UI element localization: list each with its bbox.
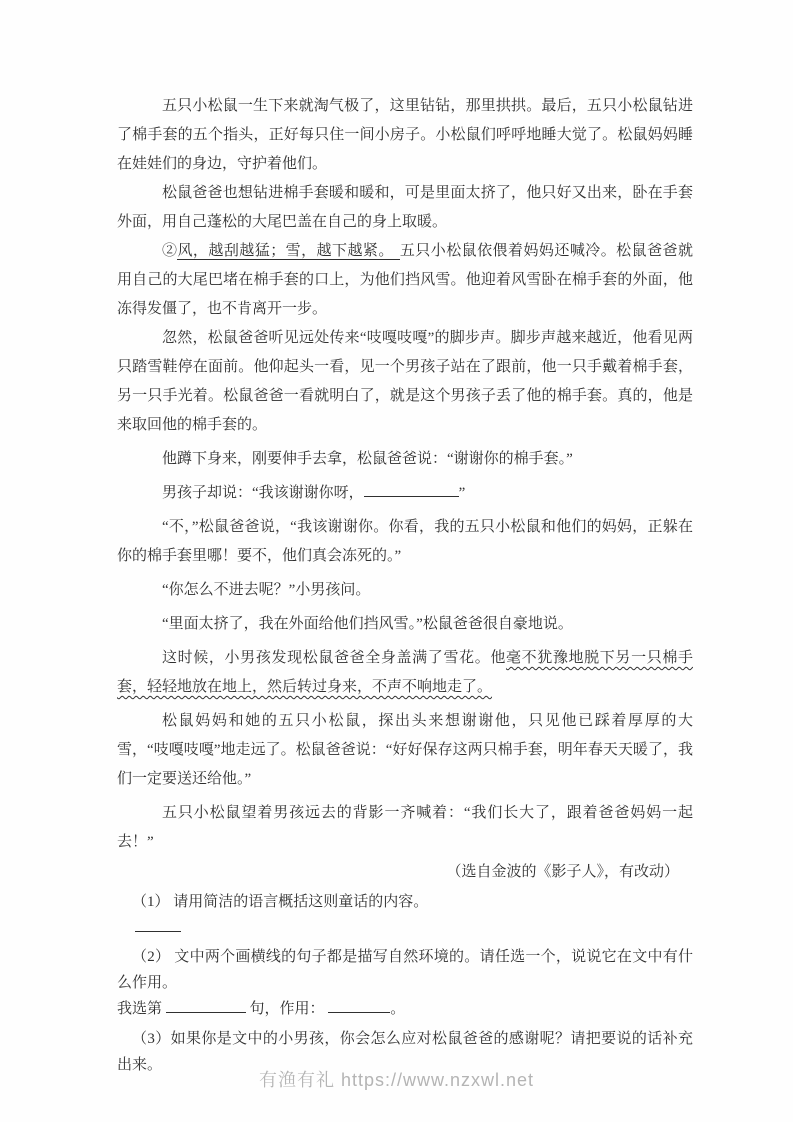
- answer-blank-function: [328, 997, 390, 1013]
- answer-blank-q1: [135, 916, 181, 932]
- questions-block: （1） 请用简洁的语言概括这则童话的内容。 （2） 文中两个画横线的句子都是描写…: [117, 889, 693, 1078]
- story-paragraph-2: 松鼠爸爸也想钻进棉手套暖和暖和，可是里面太挤了，他只好又出来，卧在手套外面，用自…: [117, 179, 693, 237]
- closing-quote: ”: [459, 485, 466, 501]
- question-1: （1） 请用简洁的语言概括这则童话的内容。: [117, 889, 693, 915]
- circled-2-marker: ②: [162, 243, 177, 259]
- answer-mid: 句，作用：: [250, 1001, 325, 1017]
- story-paragraph-10: 这时候，小男孩发现松鼠爸爸全身盖满了雪花。他毫不犹豫地脱下另一只棉手套，轻轻地放…: [117, 644, 693, 702]
- paragraph-text: 男孩子却说：“我该谢谢你呀，: [162, 485, 364, 501]
- story-paragraph-4: 忽然，松鼠爸爸听见远处传来“吱嘎吱嘎”的脚步声。脚步声越来越近，他看见两只踏雪鞋…: [117, 324, 693, 440]
- story-paragraph-8: “你怎么不进去呢？”小男孩问。: [117, 576, 693, 605]
- question-1-answer-line: [117, 915, 693, 941]
- paragraph-text: 这时候，小男孩发现松鼠爸爸全身盖满了雪花。他: [162, 650, 506, 666]
- story-paragraph-9: “里面太挤了，我在外面给他们挡风雪。”松鼠爸爸很自豪地说。: [117, 610, 693, 639]
- answer-suffix: 。: [390, 1001, 405, 1017]
- source-attribution: （选自金波的《影子人》，有改动）: [117, 859, 693, 885]
- story-paragraph-7: “不，”松鼠爸爸说，“我该谢谢你。你看，我的五只小松鼠和他们的妈妈，正躲在你的棉…: [117, 513, 693, 571]
- story-paragraph-12: 五只小松鼠望着男孩远去的背影一齐喊着：“我们长大了，跟着爸爸妈妈一起去！”: [117, 799, 693, 857]
- question-2: （2） 文中两个画横线的句子都是描写自然环境的。请任选一个，说说它在文中有什么作…: [117, 944, 693, 996]
- story-paragraph-3: ②风，越刮越猛；雪，越下越紧。五只小松鼠依偎着妈妈还喊冷。松鼠爸爸就用自己的大尾…: [117, 237, 693, 324]
- story-paragraph-5: 他蹲下身来，刚要伸手去拿，松鼠爸爸说：“谢谢你的棉手套。”: [117, 445, 693, 474]
- story-paragraph-6: 男孩子却说：“我该谢谢你呀，”: [117, 479, 693, 508]
- document-page: 五只小松鼠一生下来就淘气极了，这里钻钻，那里拱拱。最后，五只小松鼠钻进了棉手套的…: [0, 0, 793, 1122]
- site-watermark: 有渔有礼 https://www.nzxwl.net: [0, 1066, 793, 1092]
- story-paragraph-1: 五只小松鼠一生下来就淘气极了，这里钻钻，那里拱拱。最后，五只小松鼠钻进了棉手套的…: [117, 92, 693, 179]
- answer-prefix: 我选第: [117, 1001, 162, 1017]
- story-paragraph-11: 松鼠妈妈和她的五只小松鼠，探出头来想谢谢他，只见他已踩着厚厚的大雪，“吱嘎吱嘎”…: [117, 707, 693, 794]
- answer-blank-sentence-number: [166, 997, 246, 1013]
- fill-in-blank-dialogue: [364, 481, 459, 497]
- story-text-block: 五只小松鼠一生下来就淘气极了，这里钻钻，那里拱拱。最后，五只小松鼠钻进了棉手套的…: [117, 92, 693, 1078]
- underlined-sentence: 风，越刮越猛；雪，越下越紧。: [177, 243, 399, 260]
- question-2-answer-line: 我选第 句，作用： 。: [117, 996, 693, 1022]
